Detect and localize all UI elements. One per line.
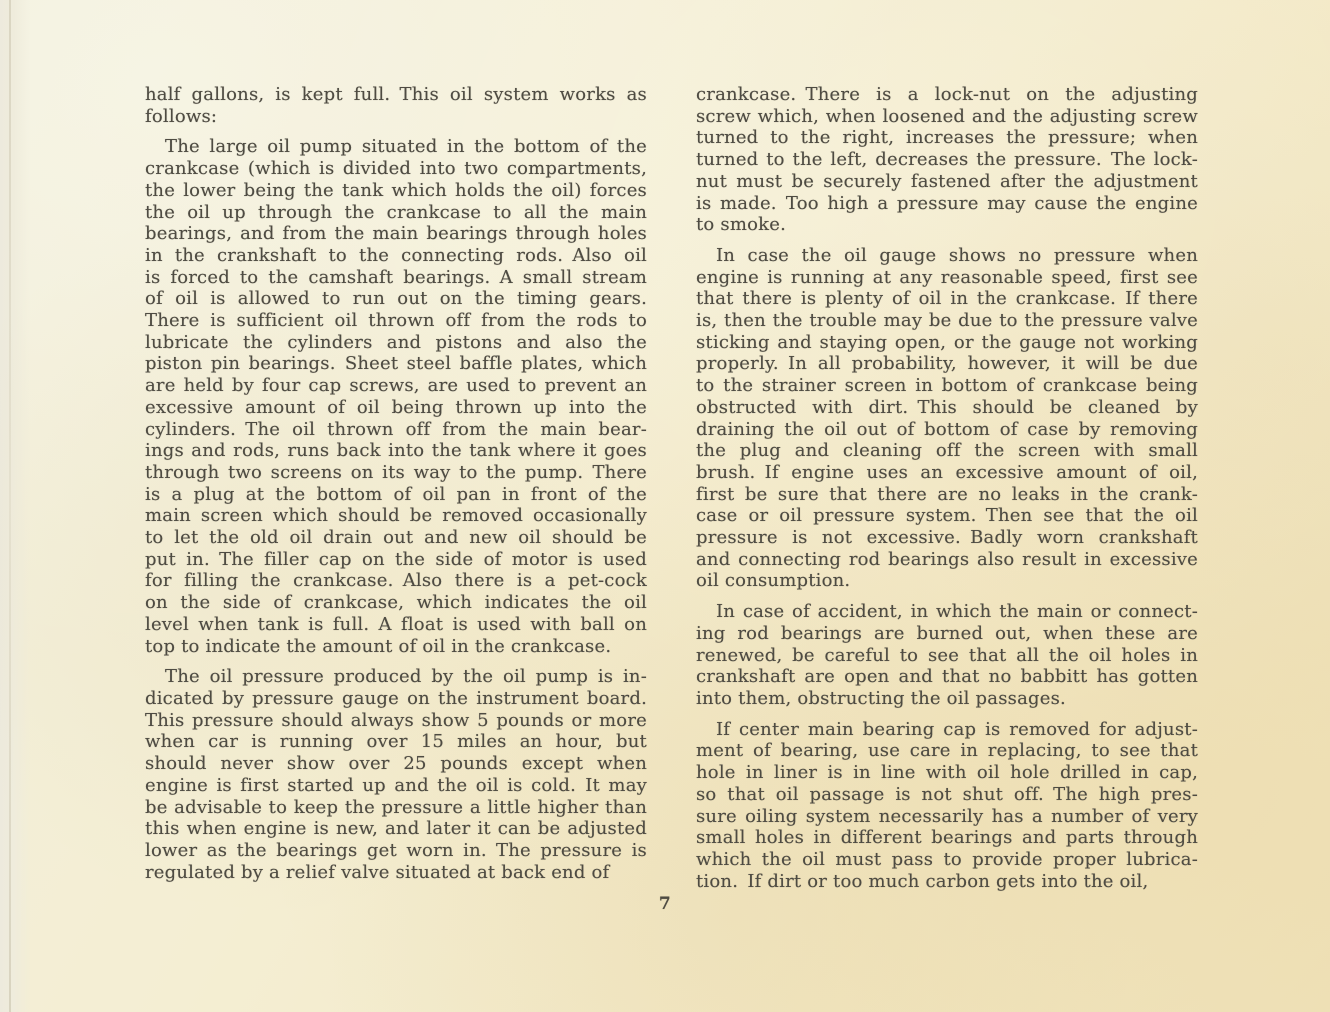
- text-line: on the side of crankcase, which indicate…: [145, 592, 647, 614]
- text-line: through two screens on its way to the pu…: [145, 462, 647, 484]
- text-line: hole in liner is in line with oil hole d…: [696, 762, 1198, 784]
- page-number: 7: [655, 894, 675, 914]
- text-line: main screen which should be removed occa…: [145, 505, 647, 527]
- text-line: when car is running over 15 miles an hou…: [145, 731, 647, 753]
- text-line: crankshaft are open and that no babbitt …: [696, 666, 1198, 688]
- text-line: This pressure should always show 5 pound…: [145, 710, 647, 732]
- text-column-left: half gallons, is kept full. This oil sys…: [145, 84, 647, 883]
- text-line: turned to the right, increases the press…: [696, 127, 1198, 149]
- text-line: that there is plenty of oil in the crank…: [696, 288, 1198, 310]
- text-line: is made. Too high a pressure may cause t…: [696, 193, 1198, 215]
- text-line: ment of bearing, use care in replacing, …: [696, 740, 1198, 762]
- text-line: properly. In all probability, however, i…: [696, 353, 1198, 375]
- text-line: dicated by pressure gauge on the instrum…: [145, 688, 647, 710]
- text-line: into them, obstructing the oil passages.: [696, 688, 1198, 710]
- text-line: should never show over 25 pounds except …: [145, 753, 647, 775]
- text-line: turned to the left, decreases the pressu…: [696, 149, 1198, 171]
- text-line: to the strainer screen in bottom of cran…: [696, 375, 1198, 397]
- text-line: top to indicate the amount of oil in the…: [145, 636, 647, 658]
- text-line: In case the oil gauge shows no pressure …: [696, 245, 1198, 267]
- text-line: to smoke.: [696, 214, 1198, 236]
- text-line: The large oil pump situated in the botto…: [145, 136, 647, 158]
- text-line: is a plug at the bottom of oil pan in fr…: [145, 484, 647, 506]
- paragraph: half gallons, is kept full. This oil sys…: [145, 84, 647, 127]
- text-line: There is sufficient oil thrown off from …: [145, 310, 647, 332]
- paragraph: The oil pressure produced by the oil pum…: [145, 666, 647, 883]
- text-line: In case of accident, in which the main o…: [696, 601, 1198, 623]
- text-line: is forced to the camshaft bearings. A sm…: [145, 267, 647, 289]
- text-line: be advisable to keep the pressure a litt…: [145, 797, 647, 819]
- text-line: of oil is allowed to run out on the timi…: [145, 288, 647, 310]
- text-line: small holes in different bearings and pa…: [696, 827, 1198, 849]
- paragraph: If center main bearing cap is removed fo…: [696, 719, 1198, 893]
- text-line: in the crankshaft to the connecting rods…: [145, 245, 647, 267]
- text-line: nut must be securely fastened after the …: [696, 171, 1198, 193]
- text-line: If center main bearing cap is removed fo…: [696, 719, 1198, 741]
- text-line: follows:: [145, 106, 647, 128]
- text-line: the plug and cleaning off the screen wit…: [696, 440, 1198, 462]
- text-line: first be sure that there are no leaks in…: [696, 484, 1198, 506]
- text-line: draining the oil out of bottom of case b…: [696, 419, 1198, 441]
- text-line: sure oiling system necessarily has a num…: [696, 806, 1198, 828]
- text-line: so that oil passage is not shut off. The…: [696, 784, 1198, 806]
- text-line: for filling the crankcase. Also there is…: [145, 570, 647, 592]
- text-line: obstructed with dirt. This should be cle…: [696, 397, 1198, 419]
- paragraph: crankcase. There is a lock-nut on the ad…: [696, 84, 1198, 236]
- text-line: sticking and staying open, or the gauge …: [696, 332, 1198, 354]
- text-line: brush. If engine uses an excessive amoun…: [696, 462, 1198, 484]
- text-line: The oil pressure produced by the oil pum…: [145, 666, 647, 688]
- paragraph: The large oil pump situated in the botto…: [145, 136, 647, 657]
- text-line: to let the old oil drain out and new oil…: [145, 527, 647, 549]
- text-line: put in. The filler cap on the side of mo…: [145, 549, 647, 571]
- page-edge-crease: [9, 0, 11, 1012]
- text-line: bearings, and from the main bearings thr…: [145, 223, 647, 245]
- text-line: crankcase (which is divided into two com…: [145, 158, 647, 180]
- text-line: tion. If dirt or too much carbon gets in…: [696, 871, 1198, 893]
- text-line: crankcase. There is a lock-nut on the ad…: [696, 84, 1198, 106]
- text-line: lower as the bearings get worn in. The p…: [145, 840, 647, 862]
- text-line: case or oil pressure system. Then see th…: [696, 505, 1198, 527]
- text-line: screw which, when loosened and the adjus…: [696, 106, 1198, 128]
- text-line: lubricate the cylinders and pistons and …: [145, 332, 647, 354]
- text-line: and connecting rod bearings also result …: [696, 549, 1198, 571]
- text-column-right: crankcase. There is a lock-nut on the ad…: [696, 84, 1198, 892]
- paragraph: In case the oil gauge shows no pressure …: [696, 245, 1198, 592]
- text-line: cylinders. The oil thrown off from the m…: [145, 419, 647, 441]
- text-line: the oil up through the crankcase to all …: [145, 202, 647, 224]
- scanned-manual-page: half gallons, is kept full. This oil sys…: [0, 0, 1330, 1012]
- text-line: oil consumption.: [696, 570, 1198, 592]
- text-line: ings and rods, runs back into the tank w…: [145, 440, 647, 462]
- paragraph: In case of accident, in which the main o…: [696, 601, 1198, 710]
- text-line: the lower being the tank which holds the…: [145, 180, 647, 202]
- text-line: level when tank is full. A float is used…: [145, 614, 647, 636]
- page-edge-strip: [0, 0, 30, 1012]
- text-line: piston pin bearings. Sheet steel baffle …: [145, 353, 647, 375]
- text-line: excessive amount of oil being thrown up …: [145, 397, 647, 419]
- text-line: are held by four cap screws, are used to…: [145, 375, 647, 397]
- text-line: this when engine is new, and later it ca…: [145, 818, 647, 840]
- text-line: regulated by a relief valve situated at …: [145, 862, 647, 884]
- text-line: is, then the trouble may be due to the p…: [696, 310, 1198, 332]
- text-line: pressure is not excessive. Badly worn cr…: [696, 527, 1198, 549]
- text-line: renewed, be careful to see that all the …: [696, 645, 1198, 667]
- text-line: engine is first started up and the oil i…: [145, 775, 647, 797]
- text-line: engine is running at any reasonable spee…: [696, 267, 1198, 289]
- text-line: half gallons, is kept full. This oil sys…: [145, 84, 647, 106]
- text-line: ing rod bearings are burned out, when th…: [696, 623, 1198, 645]
- text-line: which the oil must pass to provide prope…: [696, 849, 1198, 871]
